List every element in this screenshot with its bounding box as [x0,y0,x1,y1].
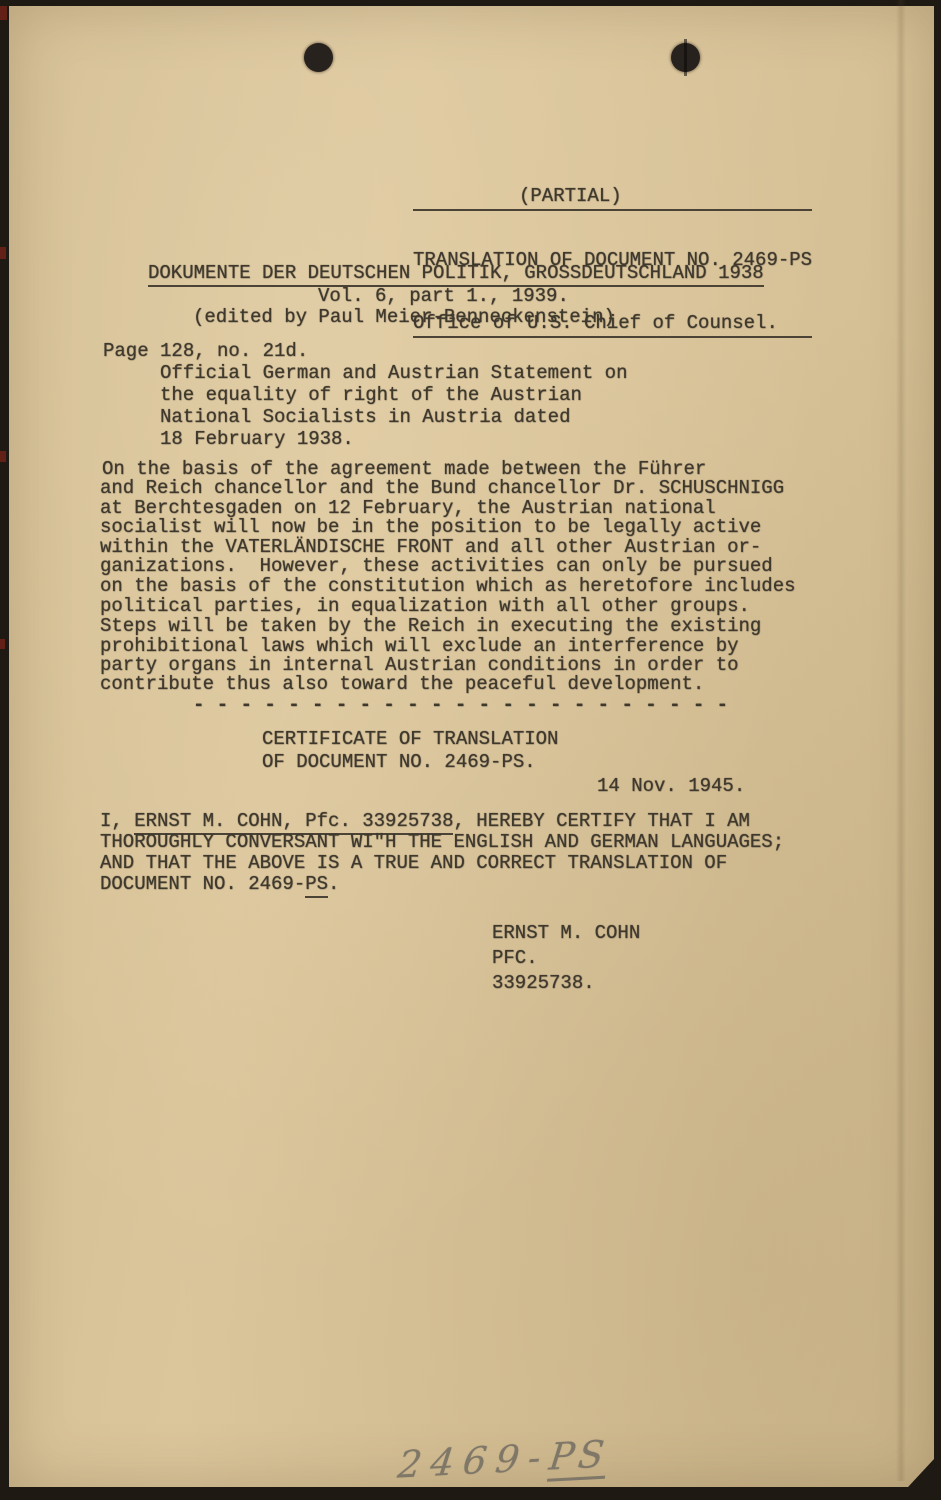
doc-number-end: . [328,873,339,895]
reference-desc-line: the equality of right of the Austrian [160,386,582,406]
handwritten-ps: PS [547,1432,611,1481]
certificate-heading-line2: OF DOCUMENT NO. 2469-PS. [262,753,536,773]
reference-desc-line: Official German and Austrian Statement o… [160,364,627,384]
body-line: ganizations. However, these activities c… [100,557,773,577]
certificate-date: 14 Nov. 1945. [597,777,745,797]
body-line: Steps will be taken by the Reich in exec… [100,617,761,637]
page-crease [896,0,906,1481]
certificate-statement-line2: THOROUGHLY CONVERSANT WI"H THE ENGLISH A… [100,833,784,853]
statement-prefix: I, [100,810,134,832]
doc-number-prefix: DOCUMENT NO. 2469- [100,873,305,895]
statement-rest: , HEREBY CERTIFY THAT I AM [453,810,749,832]
source-title-text: DOKUMENTE DER DEUTSCHEN POLITIK, GROSSDE… [148,262,764,287]
certificate-statement-line4: DOCUMENT NO. 2469-PS. [100,875,339,895]
red-edge-mark [0,639,5,649]
certificate-heading-line1: CERTIFICATE OF TRANSLATION [262,730,558,750]
signature-name: ERNST M. COHN [492,924,640,944]
certificate-statement-line3: AND THAT THE ABOVE IS A TRUE AND CORRECT… [100,854,727,874]
certificate-statement-line1: I, ERNST M. COHN, Pfc. 33925738, HEREBY … [100,812,750,832]
signature-rank: PFC. [492,949,538,969]
source-title: DOKUMENTE DER DEUTSCHEN POLITIK, GROSSDE… [148,264,764,284]
punch-hole-slit [684,39,687,76]
reference-desc-line: National Socialists in Austria dated [160,408,570,428]
red-edge-mark [0,247,6,259]
body-line: and Reich chancellor and the Bund chance… [100,479,784,499]
signature-serial: 33925738. [492,974,595,994]
body-line: contribute thus also toward the peaceful… [100,675,704,695]
red-edge-mark [0,6,7,20]
red-edge-mark [0,451,6,462]
doc-number-ps: PS [305,873,328,898]
reference-desc-line: 18 February 1938. [160,430,354,450]
reference-page: Page 128, no. 21d. [103,342,308,362]
scanned-document: (PARTIAL) TRANSLATION OF DOCUMENT NO. 24… [0,0,941,1500]
body-line: political parties, in equalization with … [100,597,750,617]
handwritten-digits: 2469- [395,1435,552,1486]
punch-hole-left [304,43,333,72]
body-line: on the basis of the constitution which a… [100,577,796,597]
dashed-separator: - - - - - - - - - - - - - - - - - - - - … [193,696,729,716]
punch-hole-right [671,43,700,72]
source-volume: Vol. 6, part 1., 1939. [318,287,569,307]
body-line: socialist will now be in the position to… [100,518,761,538]
source-editor: (edited by Paul Meier-Benneckenstein) [193,308,615,328]
header-partial: (PARTIAL) [413,187,812,211]
